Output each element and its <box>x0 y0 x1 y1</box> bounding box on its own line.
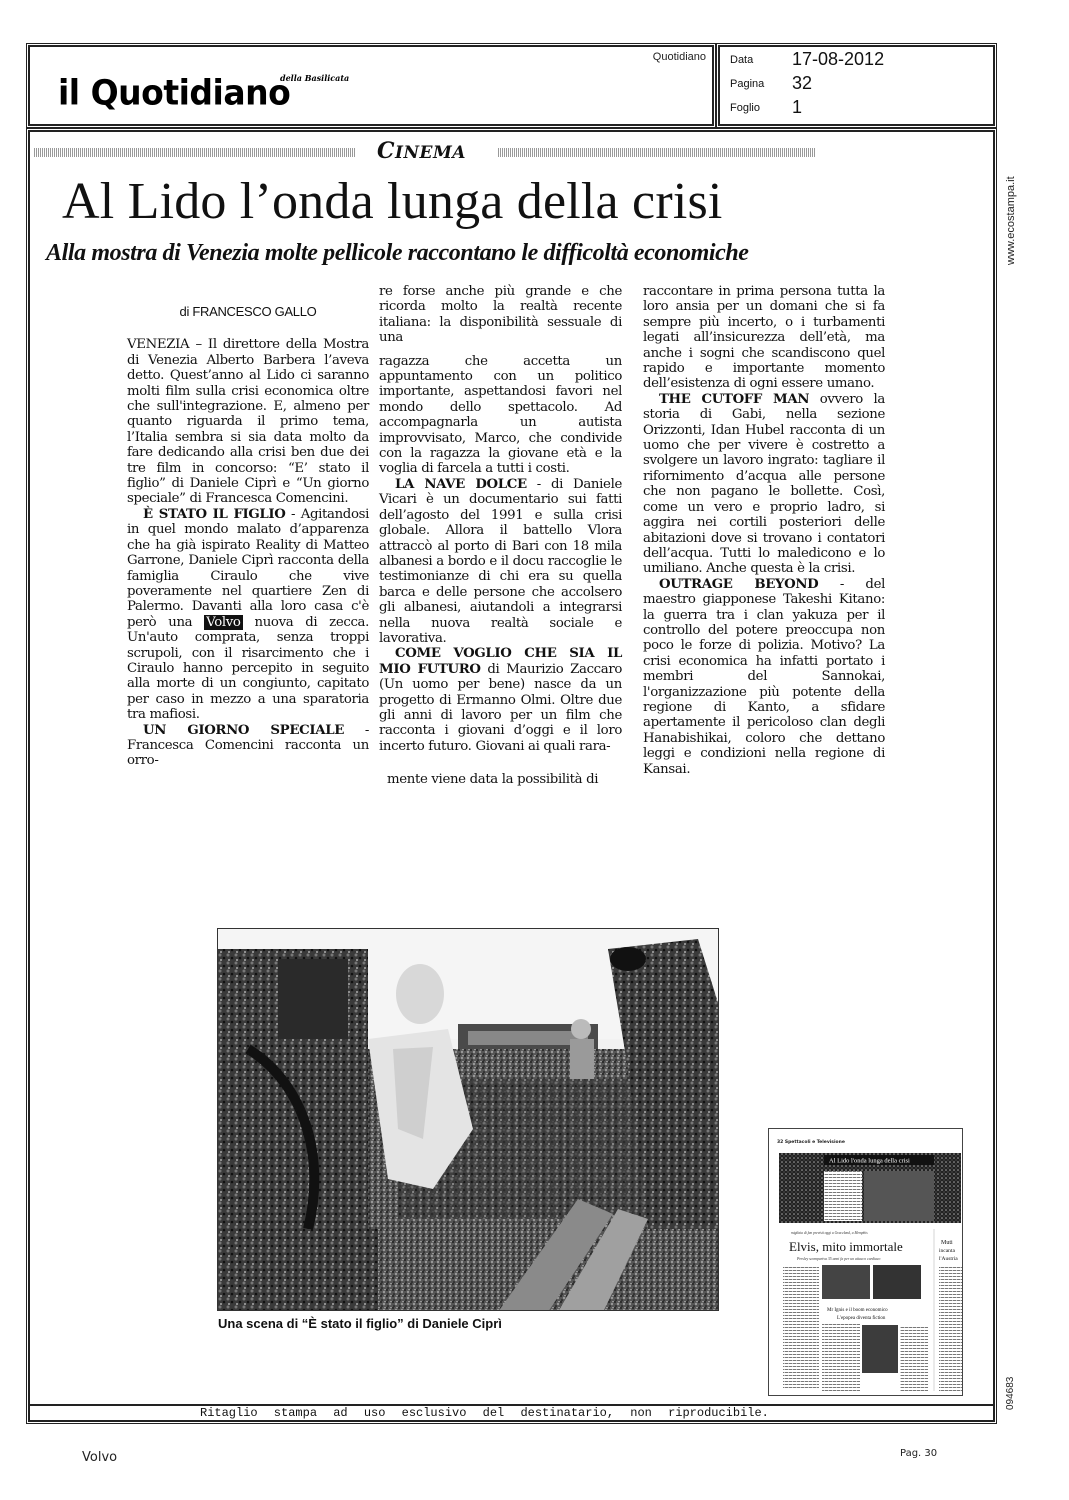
paragraph-continued-2: ragazza che accetta un appuntamento con … <box>379 354 622 477</box>
svg-text:Presley scompariva 35 anni fa: Presley scompariva 35 anni fa per un att… <box>796 1257 881 1261</box>
film-title: È STATO IL FIGLIO <box>143 507 286 522</box>
photo-scrapyard-image <box>218 929 719 1311</box>
section-kicker-initial: C <box>377 138 395 164</box>
paragraph-come-voglio: COME VOGLIO CHE SIA IL MIO FUTURO di Mau… <box>379 646 622 754</box>
svg-text:32 Spettacoli e Televisione: 32 Spettacoli e Televisione <box>777 1139 845 1145</box>
paragraph-un-giorno-speciale: UN GIORNO SPECIALE - Francesca Comencini… <box>127 723 369 769</box>
article-byline: di FRANCESCO GALLO <box>127 304 369 319</box>
meta-page: Pagina32 <box>730 73 812 94</box>
paragraph-continued: re forse anche più grande e che ricorda … <box>379 284 622 346</box>
section-kicker-rest: INEMA <box>395 143 466 163</box>
footer-keyword: Volvo <box>82 1450 117 1465</box>
svg-text:incanta: incanta <box>939 1248 955 1254</box>
keyword-highlight: Volvo <box>204 615 242 630</box>
paragraph-outrage-beyond: OUTRAGE BEYOND - del maestro giapponese … <box>643 577 885 777</box>
metadata-box: Data17-08-2012 Pagina32 Foglio1 <box>718 45 995 126</box>
film-title: OUTRAGE BEYOND <box>659 577 818 592</box>
article-subheadline: Alla mostra di Venezia molte pellicole r… <box>46 240 749 267</box>
footer-page-number: Pag. 30 <box>900 1448 937 1459</box>
meta-sheet: Foglio1 <box>730 97 802 118</box>
article-headline: Al Lido l’onda lunga della crisi <box>62 172 723 231</box>
paragraph-intro: VENEZIA – Il direttore della Mostra di V… <box>127 337 369 506</box>
meta-page-label: Pagina <box>730 78 792 90</box>
article-column-2: re forse anche più grande e che ricorda … <box>379 284 622 788</box>
section-kicker: CINEMA <box>377 138 466 164</box>
meta-date-label: Data <box>730 54 792 66</box>
meta-sheet-value: 1 <box>792 97 802 118</box>
photo-caption: Una scena di “È stato il figlio” di Dani… <box>218 1316 502 1331</box>
newspaper-page-preview-icon: 32 Spettacoli e Televisione Al Lido l'on… <box>769 1129 963 1396</box>
svg-text:Muti: Muti <box>941 1240 953 1246</box>
kicker-rule-left <box>34 148 356 157</box>
meta-date-value: 17-08-2012 <box>792 49 884 70</box>
newspaper-logo: il Quotidiano <box>58 72 290 113</box>
newspaper-logo-subtitle: della Basilicata <box>280 73 349 83</box>
paragraph-la-nave-dolce: LA NAVE DOLCE - di Daniele Vicari è un d… <box>379 477 622 646</box>
article-column-3: raccontare in prima persona tutta la lor… <box>643 284 885 777</box>
source-label: Quotidiano <box>653 51 706 63</box>
side-url: www.ecostampa.it <box>1005 145 1019 265</box>
svg-text:Elvis, mito immortale: Elvis, mito immortale <box>789 1239 903 1254</box>
article-photo <box>217 928 719 1311</box>
svg-text:Al Lido l'onda lunga della cri: Al Lido l'onda lunga della crisi <box>829 1158 910 1165</box>
page-thumbnail: 32 Spettacoli e Televisione Al Lido l'on… <box>768 1128 963 1396</box>
paragraph-cutoff-man: THE CUTOFF MAN ovvero la storia di Gabi,… <box>643 392 885 577</box>
svg-text:L'epopea diventa fiction: L'epopea diventa fiction <box>837 1316 886 1321</box>
kicker-rule-right <box>498 148 816 157</box>
film-title: LA NAVE DOLCE <box>395 477 527 492</box>
paragraph-e-stato-il-figlio: È STATO IL FIGLIO - Agitandosi in quel m… <box>127 507 369 723</box>
masthead-box: il Quotidiano della Basilicata Quotidian… <box>28 45 714 126</box>
meta-sheet-label: Foglio <box>730 102 792 114</box>
article-column-1: di FRANCESCO GALLO VENEZIA – Il direttor… <box>127 284 369 769</box>
meta-page-value: 32 <box>792 73 812 94</box>
side-code: 094683 <box>1005 1365 1019 1410</box>
film-title: THE CUTOFF MAN <box>659 392 809 407</box>
svg-text:l'Austria: l'Austria <box>939 1256 958 1262</box>
paragraph-continued: raccontare in prima persona tutta la lor… <box>643 284 885 392</box>
film-title: UN GIORNO SPECIALE <box>143 723 344 738</box>
paragraph-continued-3: mente viene data la possibilità di <box>379 772 622 787</box>
disclaimer-text: Ritaglio stampa ad uso esclusivo del des… <box>200 1406 769 1420</box>
meta-date: Data17-08-2012 <box>730 49 884 70</box>
svg-text:Mr Ignis e il boom economico: Mr Ignis e il boom economico <box>827 1308 888 1313</box>
